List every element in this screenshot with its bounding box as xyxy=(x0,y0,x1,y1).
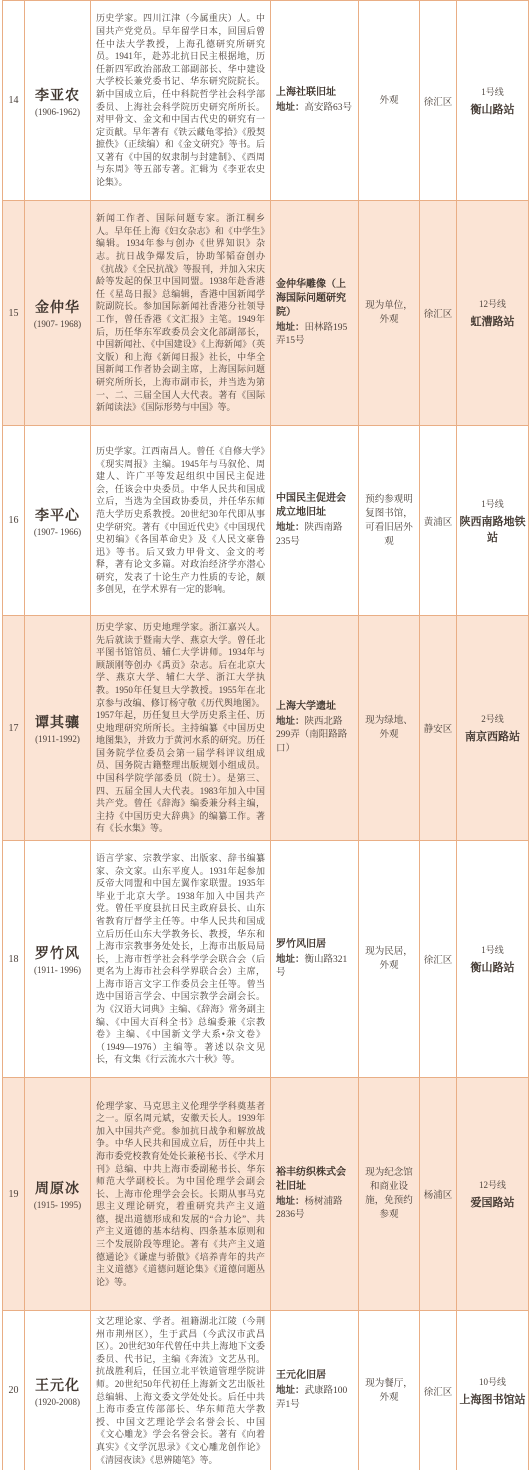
site-name: 裕丰纺织株式会社旧址 xyxy=(276,1166,353,1194)
site-name: 中国民主促进会成立地旧址 xyxy=(276,492,353,520)
metro-cell: 1号线 衡山路站 xyxy=(457,1,529,201)
site-cell: 金仲华雕像（上海国际问题研究院） 地址：田林路195弄15号 xyxy=(271,201,359,426)
metro-cell: 10号线 上海图书馆站 xyxy=(457,1311,529,1470)
person-biography: 历史学家、历史地理学家。浙江嘉兴人。先后就读于暨南大学、燕京大学。曾任北平图书馆… xyxy=(91,616,271,841)
district: 杨浦区 xyxy=(420,1078,457,1311)
address-label: 地址： xyxy=(276,1386,305,1396)
person-name: 谭其骧 xyxy=(27,712,88,732)
address-label: 地址： xyxy=(276,717,305,727)
person-name: 王元化 xyxy=(27,1375,88,1395)
person-years: (1907- 1966) xyxy=(27,527,88,537)
district: 静安区 xyxy=(420,616,457,841)
metro-line: 12号线 xyxy=(459,1178,526,1191)
person-cell: 金仲华 (1907- 1968) xyxy=(25,201,91,426)
metro-station: 虹漕路站 xyxy=(459,313,526,329)
row-number: 16 xyxy=(3,426,25,616)
table-row: 20 王元化 (1920-2008) 文艺理论家、学者。祖籍湖北江陵（今荆州市荆… xyxy=(3,1311,529,1470)
person-years: (1920-2008) xyxy=(27,1397,88,1407)
metro-line: 1号线 xyxy=(459,497,526,510)
table-row: 14 李亚农 (1906-1962) 历史学家。四川江津（今属重庆）人。中国共产… xyxy=(3,1,529,201)
site-address: 地址：陕西南路235号 xyxy=(276,522,353,549)
person-years: (1906-1962) xyxy=(27,107,88,117)
table-row: 19 周原冰 (1915- 1995) 伦理学家、马克思主义伦理学学科奠基者之一… xyxy=(3,1078,529,1311)
person-biography: 语言学家、宗教学家、出版家、辞书编纂家、杂文家。山东平度人。1931年起参加反帝… xyxy=(91,841,271,1078)
person-biography: 历史学家。江西南昌人。曾任《自修大学》《现实周报》主编。1945年与马叙伦、周建… xyxy=(91,426,271,616)
metro-cell: 1号线 陕西南路地铁站 xyxy=(457,426,529,616)
person-cell: 周原冰 (1915- 1995) xyxy=(25,1078,91,1311)
site-cell: 上海社联旧址 地址：高安路63号 xyxy=(271,1,359,201)
metro-station: 爱国路站 xyxy=(459,1194,526,1210)
district: 徐汇区 xyxy=(420,201,457,426)
site-cell: 上海大学遗址 地址：陕西北路299弄（南阳路路口） xyxy=(271,616,359,841)
site-address: 地址：高安路63号 xyxy=(276,102,353,116)
site-address: 地址：衡山路321号 xyxy=(276,954,353,981)
person-cell: 王元化 (1920-2008) xyxy=(25,1311,91,1470)
site-address: 地址：杨树浦路2836号 xyxy=(276,1196,353,1223)
metro-line: 10号线 xyxy=(459,1375,526,1388)
metro-line: 1号线 xyxy=(459,943,526,956)
person-biography: 伦理学家、马克思主义伦理学学科奠基者之一。原名周元斌，安徽天长人。1939年加入… xyxy=(91,1078,271,1311)
person-years: (1907- 1968) xyxy=(27,319,88,329)
table-row: 15 金仲华 (1907- 1968) 新闻工作者、国际问题专家。浙江桐乡人。早… xyxy=(3,201,529,426)
address-value: 高安路63号 xyxy=(305,103,353,113)
metro-line: 2号线 xyxy=(459,712,526,725)
site-cell: 裕丰纺织株式会社旧址 地址：杨树浦路2836号 xyxy=(271,1078,359,1311)
person-cell: 李亚农 (1906-1962) xyxy=(25,1,91,201)
address-label: 地址： xyxy=(276,323,305,333)
person-name: 罗竹风 xyxy=(27,943,88,963)
metro-station: 陕西南路地铁站 xyxy=(459,513,526,545)
person-biography: 新闻工作者、国际问题专家。浙江桐乡人。早年任上海《妇女杂志》和《中学生》编辑。1… xyxy=(91,201,271,426)
visit-status: 现为单位，外观 xyxy=(359,201,420,426)
site-name: 上海社联旧址 xyxy=(276,86,353,100)
site-name: 金仲华雕像（上海国际问题研究院） xyxy=(276,278,353,320)
person-name: 李亚农 xyxy=(27,85,88,105)
site-name: 上海大学遗址 xyxy=(276,700,353,714)
site-address: 地址：武康路100弄1号 xyxy=(276,1385,353,1412)
metro-station: 南京西路站 xyxy=(459,728,526,744)
visit-status: 现为民居，外观 xyxy=(359,841,420,1078)
row-number: 15 xyxy=(3,201,25,426)
person-name: 周原冰 xyxy=(27,1178,88,1198)
row-number: 18 xyxy=(3,841,25,1078)
address-label: 地址： xyxy=(276,523,305,533)
metro-line: 12号线 xyxy=(459,297,526,310)
person-cell: 罗竹风 (1911- 1996) xyxy=(25,841,91,1078)
person-cell: 李平心 (1907- 1966) xyxy=(25,426,91,616)
metro-cell: 1号线 衡山路站 xyxy=(457,841,529,1078)
person-name: 金仲华 xyxy=(27,297,88,317)
metro-cell: 12号线 虹漕路站 xyxy=(457,201,529,426)
site-cell: 罗竹风旧居 地址：衡山路321号 xyxy=(271,841,359,1078)
visit-status: 现为绿地、外观 xyxy=(359,616,420,841)
notable-residences-table-page: 14 李亚农 (1906-1962) 历史学家。四川江津（今属重庆）人。中国共产… xyxy=(0,0,530,1470)
visit-status: 预约参观明复图书馆，可看旧居外观 xyxy=(359,426,420,616)
person-years: (1915- 1995) xyxy=(27,1200,88,1210)
table-row: 18 罗竹风 (1911- 1996) 语言学家、宗教学家、出版家、辞书编纂家、… xyxy=(3,841,529,1078)
district: 徐汇区 xyxy=(420,1,457,201)
metro-line: 1号线 xyxy=(459,85,526,98)
address-label: 地址： xyxy=(276,955,305,965)
person-years: (1911- 1996) xyxy=(27,965,88,975)
person-cell: 谭其骧 (1911-1992) xyxy=(25,616,91,841)
person-biography: 历史学家。四川江津（今属重庆）人。中国共产党党员。早年留学日本，回国后曾任中法大… xyxy=(91,1,271,201)
address-label: 地址： xyxy=(276,1197,305,1207)
table-row: 17 谭其骧 (1911-1992) 历史学家、历史地理学家。浙江嘉兴人。先后就… xyxy=(3,616,529,841)
visit-status: 现为餐厅，外观 xyxy=(359,1311,420,1470)
metro-station: 衡山路站 xyxy=(459,101,526,117)
person-years: (1911-1992) xyxy=(27,734,88,744)
visit-status: 现为纪念馆和商业设施，免预约参观 xyxy=(359,1078,420,1311)
row-number: 14 xyxy=(3,1,25,201)
metro-cell: 2号线 南京西路站 xyxy=(457,616,529,841)
table-row: 16 李平心 (1907- 1966) 历史学家。江西南昌人。曾任《自修大学》《… xyxy=(3,426,529,616)
residences-table: 14 李亚农 (1906-1962) 历史学家。四川江津（今属重庆）人。中国共产… xyxy=(2,0,529,1470)
site-cell: 王元化旧居 地址：武康路100弄1号 xyxy=(271,1311,359,1470)
metro-cell: 12号线 爱国路站 xyxy=(457,1078,529,1311)
metro-station: 衡山路站 xyxy=(459,959,526,975)
district: 徐汇区 xyxy=(420,841,457,1078)
site-name: 罗竹风旧居 xyxy=(276,938,353,952)
site-name: 王元化旧居 xyxy=(276,1369,353,1383)
site-address: 地址：田林路195弄15号 xyxy=(276,322,353,349)
row-number: 19 xyxy=(3,1078,25,1311)
metro-station: 上海图书馆站 xyxy=(459,1391,526,1407)
address-label: 地址： xyxy=(276,103,305,113)
district: 徐汇区 xyxy=(420,1311,457,1470)
person-name: 李平心 xyxy=(27,505,88,525)
site-address: 地址：陕西北路299弄（南阳路路口） xyxy=(276,716,353,757)
visit-status: 外观 xyxy=(359,1,420,201)
row-number: 20 xyxy=(3,1311,25,1470)
site-cell: 中国民主促进会成立地旧址 地址：陕西南路235号 xyxy=(271,426,359,616)
district: 黄浦区 xyxy=(420,426,457,616)
row-number: 17 xyxy=(3,616,25,841)
person-biography: 文艺理论家、学者。祖籍湖北江陵（今荆州市荆州区），生于武昌（今武汉市武昌区）。2… xyxy=(91,1311,271,1470)
